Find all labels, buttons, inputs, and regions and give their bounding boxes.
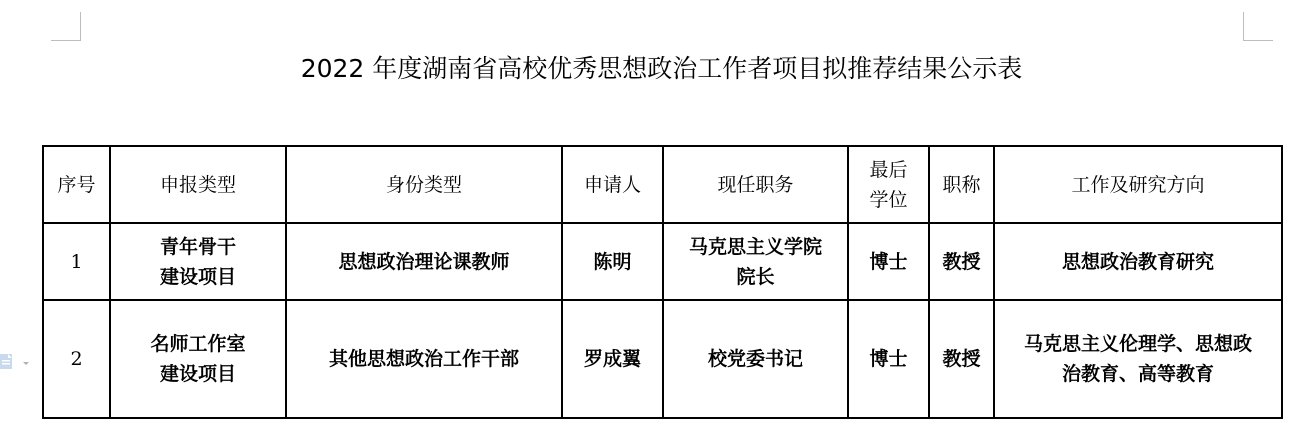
page-corner-mark-top-left: [51, 12, 81, 41]
cell-application-type: 青年骨干 建设项目: [110, 223, 286, 300]
header-title: 职称: [929, 146, 994, 223]
cell-index: 2: [43, 300, 110, 418]
cell-research-direction: 马克思主义伦理学、思想政 治教育、高等教育: [994, 300, 1282, 418]
table-row: 1 青年骨干 建设项目 思想政治理论课教师 陈明 马克思主义学院 院长 博士 教…: [43, 223, 1282, 300]
document-title: 2022 年度湖南省高校优秀思想政治工作者项目拟推荐结果公示表: [0, 49, 1300, 85]
cell-current-position: 马克思主义学院 院长: [663, 223, 848, 300]
header-identity-type: 身份类型: [286, 146, 562, 223]
cell-application-type: 名师工作室 建设项目: [110, 300, 286, 418]
cell-title: 教授: [929, 300, 994, 418]
cell-applicant: 罗成翼: [562, 300, 663, 418]
table-header-row: 序号 申报类型 身份类型 申请人 现任职务 最后 学位 职称 工作及研究方向: [43, 146, 1282, 223]
cell-current-position: 校党委书记: [663, 300, 848, 418]
cell-degree: 博士: [848, 223, 929, 300]
paste-options-icon[interactable]: [0, 352, 40, 372]
table-row: 2 名师工作室 建设项目 其他思想政治工作干部 罗成翼 校党委书记 博士 教授 …: [43, 300, 1282, 418]
result-table: 序号 申报类型 身份类型 申请人 现任职务 最后 学位 职称 工作及研究方向 1…: [42, 145, 1283, 419]
header-research-direction: 工作及研究方向: [994, 146, 1282, 223]
header-current-position: 现任职务: [663, 146, 848, 223]
header-application-type: 申报类型: [110, 146, 286, 223]
cell-title: 教授: [929, 223, 994, 300]
cell-degree: 博士: [848, 300, 929, 418]
page-corner-mark-top-right: [1243, 12, 1273, 41]
cell-applicant: 陈明: [562, 223, 663, 300]
cell-identity-type: 其他思想政治工作干部: [286, 300, 562, 418]
cell-research-direction: 思想政治教育研究: [994, 223, 1282, 300]
cell-index: 1: [43, 223, 110, 300]
cell-identity-type: 思想政治理论课教师: [286, 223, 562, 300]
header-index: 序号: [43, 146, 110, 223]
header-degree: 最后 学位: [848, 146, 929, 223]
header-applicant: 申请人: [562, 146, 663, 223]
